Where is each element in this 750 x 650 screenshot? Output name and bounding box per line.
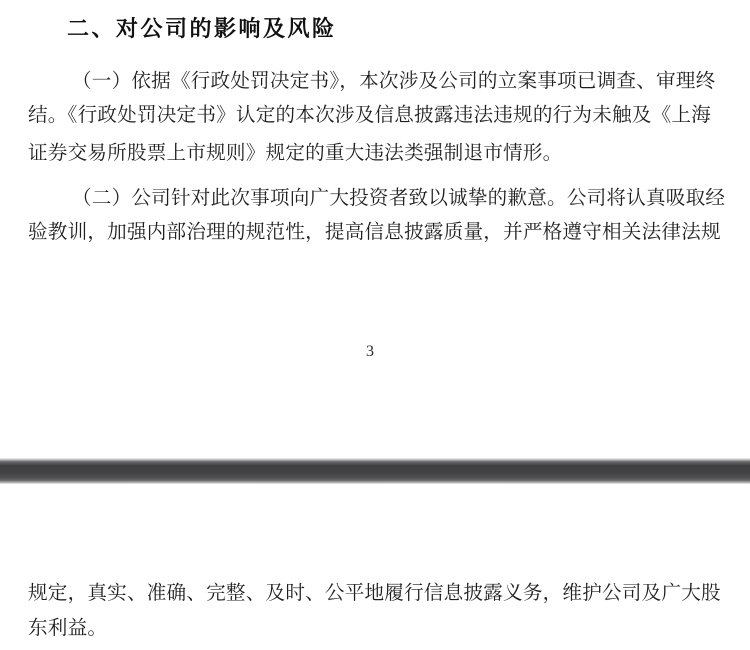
paragraph-line: 结。《行政处罚决定书》认定的本次涉及信息披露违法违规的行为未触及《上海 <box>28 103 711 129</box>
paragraph-line: 验教训，加强内部治理的规范性，提高信息披露质量，并严格遵守相关法律法规 <box>28 220 721 246</box>
paragraph-line: 东利益。 <box>28 616 107 642</box>
pdf-page-3: 二、对公司的影响及风险 （一）依据《行政处罚决定书》，本次涉及公司的立案事项已调… <box>0 0 750 458</box>
paragraph-line: 证券交易所股票上市规则》规定的重大违法类强制退市情形。 <box>28 141 562 167</box>
paragraph-line: 规定，真实、准确、完整、及时、公平地履行信息披露义务，维护公司及广大股 <box>28 581 721 607</box>
pdf-viewer: 二、对公司的影响及风险 （一）依据《行政处罚决定书》，本次涉及公司的立案事项已调… <box>0 0 750 650</box>
section-heading: 二、对公司的影响及风险 <box>67 14 337 44</box>
paragraph-line: （一）依据《行政处罚决定书》，本次涉及公司的立案事项已调查、审理终 <box>72 69 715 95</box>
page-number: 3 <box>0 342 740 362</box>
pdf-page-4: 规定，真实、准确、完整、及时、公平地履行信息披露义务，维护公司及广大股 东利益。 <box>0 484 750 650</box>
page-separator <box>0 458 750 484</box>
paragraph-line: （二）公司针对此次事项向广大投资者致以诚挚的歉意。公司将认真吸取经 <box>72 186 725 212</box>
